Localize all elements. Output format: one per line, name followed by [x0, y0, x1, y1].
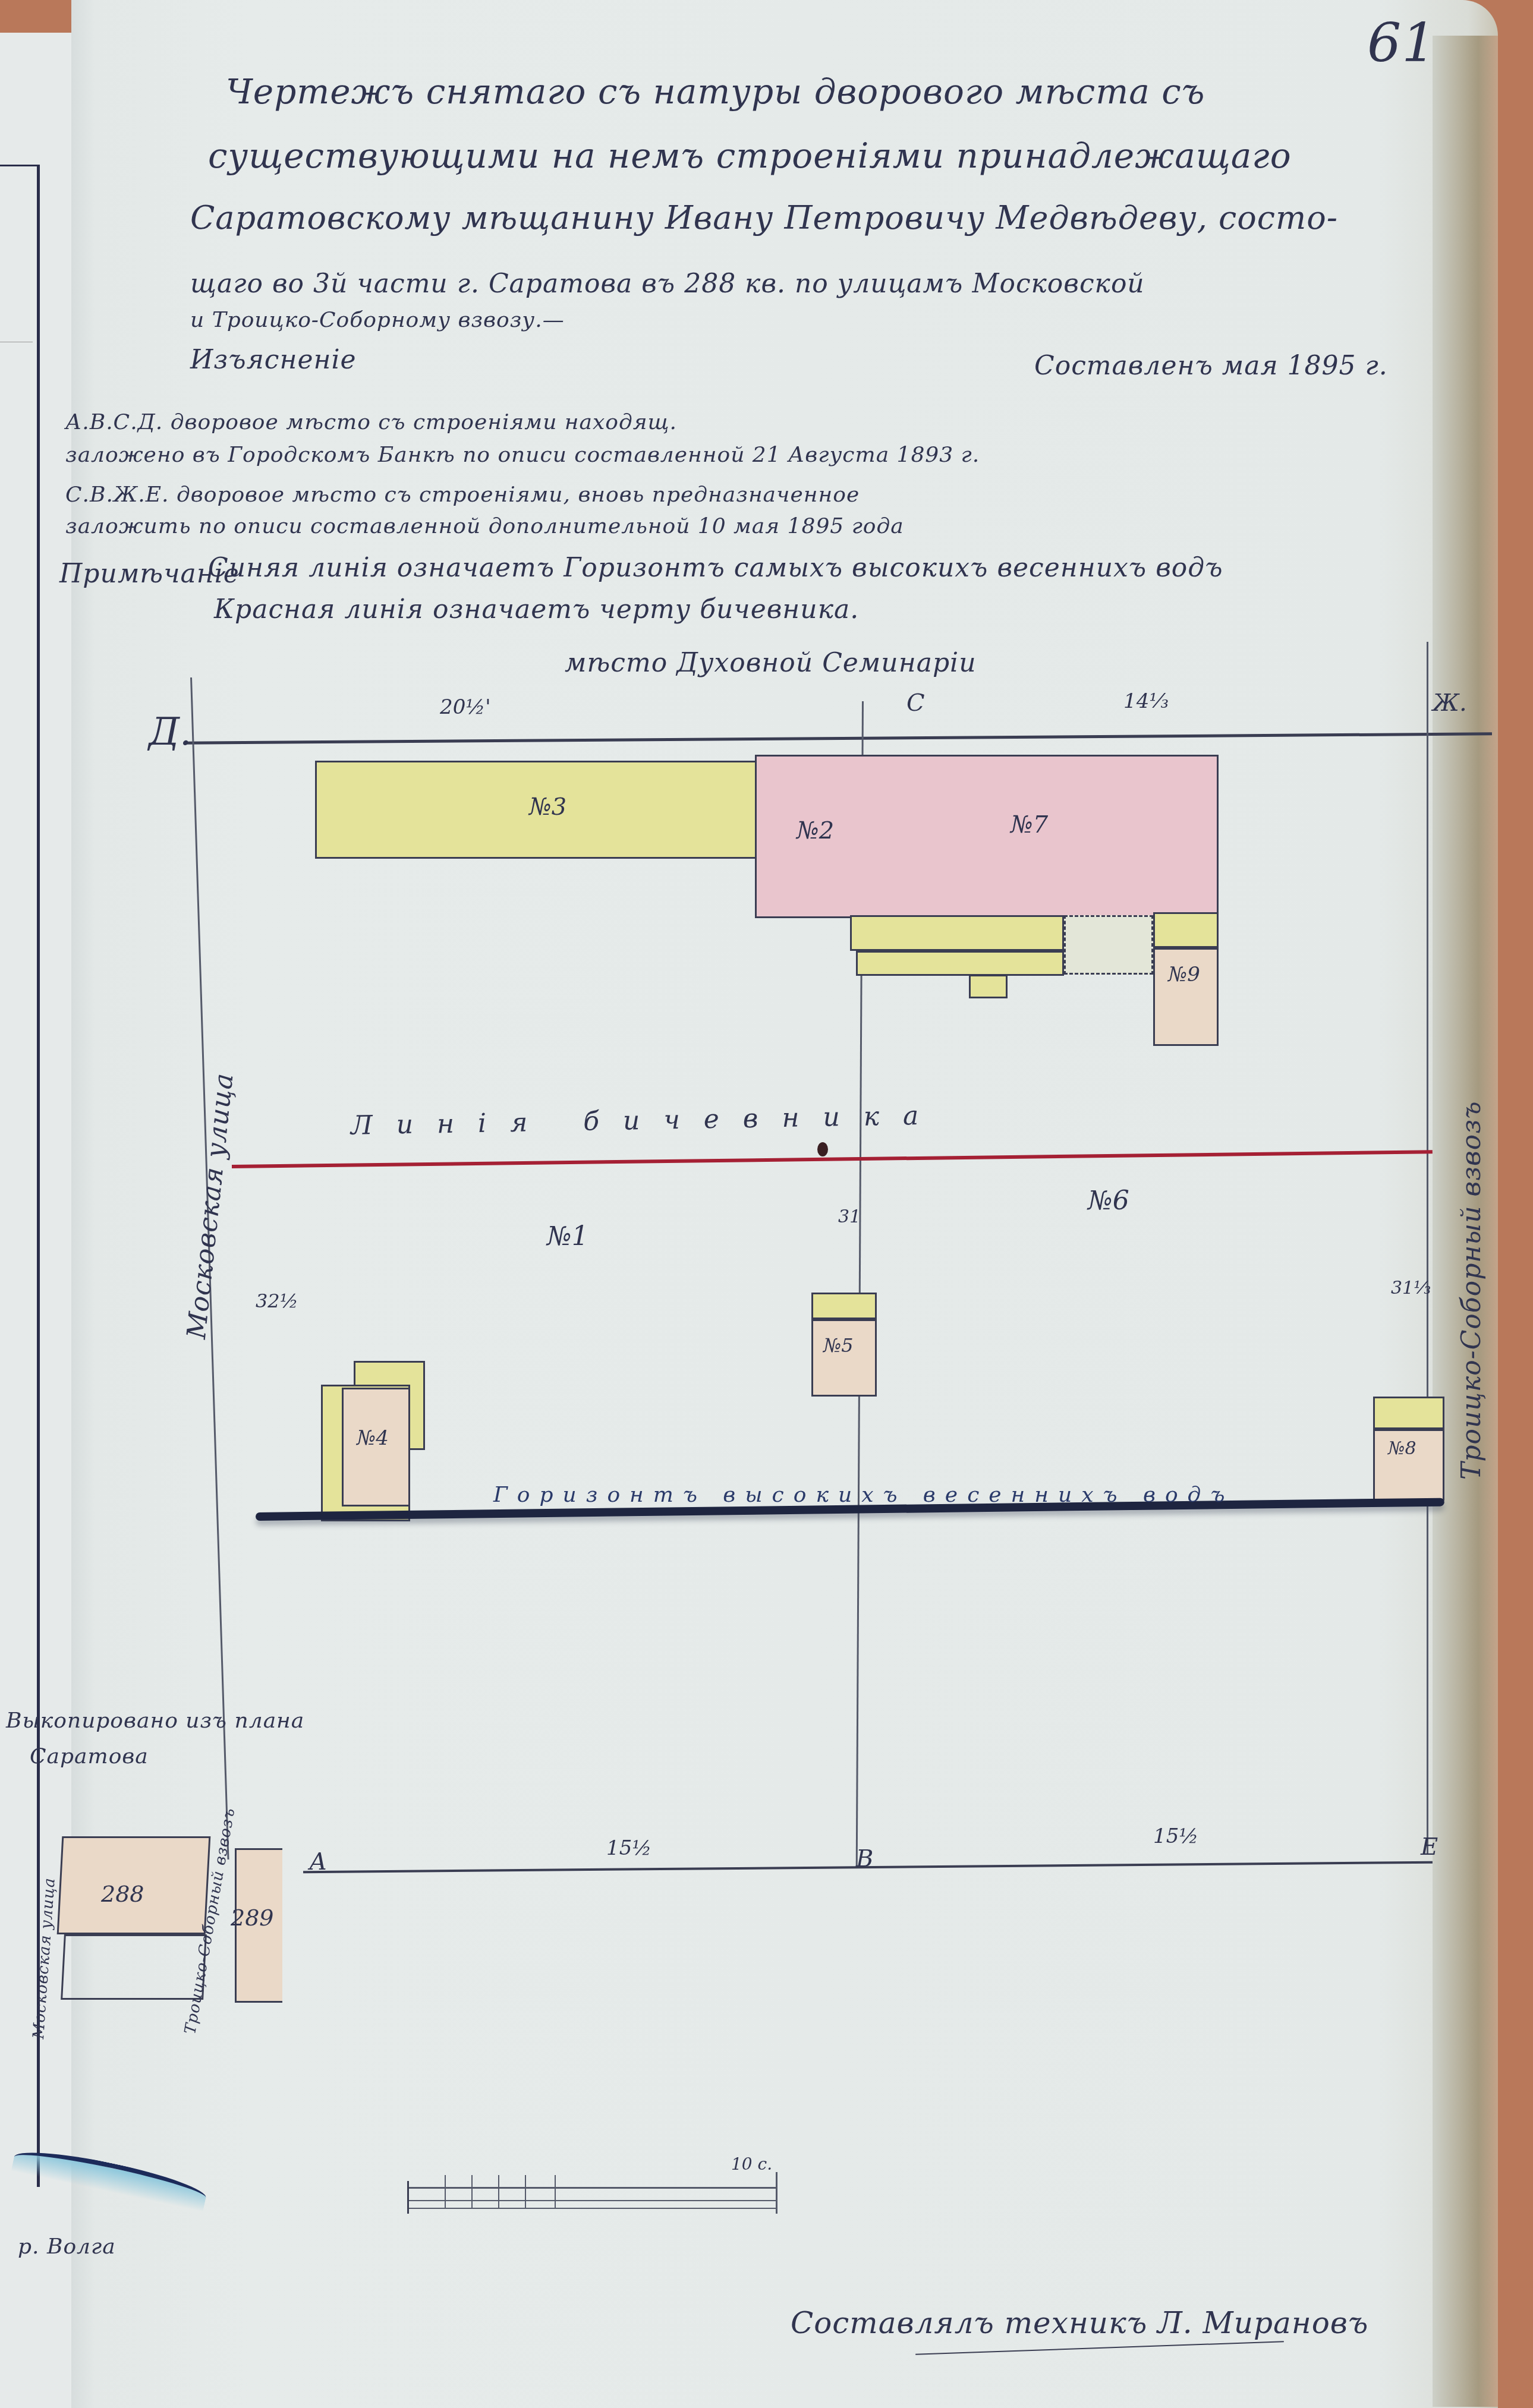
- building-5-annex: [811, 1293, 877, 1319]
- inset-lot-288-label: 288: [101, 1881, 144, 1907]
- dim-bottom-right: 15½: [1153, 1824, 1198, 1848]
- building-5-label: №5: [823, 1334, 854, 1357]
- dim-left-side: 32½: [256, 1290, 298, 1312]
- corner-e: Е: [1421, 1833, 1438, 1861]
- title-line-1: Чертежъ снятаго съ натуры дворового мѣст…: [226, 71, 1205, 112]
- adjacent-page: [0, 33, 75, 2408]
- corner-a: А: [309, 1848, 327, 1876]
- survey-point-marker: [817, 1142, 828, 1156]
- page-number: 61: [1367, 12, 1437, 74]
- inset-lot-289-label: 289: [231, 1905, 274, 1931]
- building-9-annex: [1153, 912, 1219, 948]
- lot-1-label: №1: [547, 1221, 588, 1252]
- flood-horizon-label: Горизонтъ высокихъ весеннихъ водъ: [493, 1483, 1234, 1507]
- corner-b: В: [856, 1845, 873, 1873]
- adjacent-page-frame: [0, 165, 40, 2187]
- annex-pale: [1064, 915, 1153, 975]
- towpath-label: Линія бичевника: [351, 1100, 943, 1140]
- inset-lot-288-lower: [61, 1934, 207, 2000]
- building-2-label: №2: [797, 817, 834, 844]
- boundary-top: [184, 732, 1492, 744]
- note-4: заложить по описи составленной дополните…: [65, 514, 904, 538]
- corner-zh: Ж.: [1433, 689, 1467, 717]
- signature-underline: [915, 2341, 1284, 2355]
- inset-river-label: р. Волга: [18, 2234, 116, 2259]
- dim-middle: 31: [838, 1206, 861, 1227]
- building-5: [811, 1319, 877, 1397]
- annex-yellow-3: [969, 975, 1008, 998]
- scale-bar: [407, 2181, 777, 2214]
- building-9-label: №9: [1168, 963, 1200, 986]
- dim-top-right: 14⅓: [1123, 689, 1169, 713]
- annex-yellow-1: [850, 915, 1064, 951]
- note-3: С.В.Ж.Е. дворовое мѣсто съ строеніями, в…: [65, 483, 860, 507]
- lot-6-label: №6: [1088, 1186, 1129, 1216]
- note-1: А.В.С.Д. дворовое мѣсто съ строеніями на…: [65, 410, 677, 434]
- dim-top-left: 20½': [440, 695, 491, 719]
- annex-yellow-2: [856, 951, 1064, 976]
- signature: Составлялъ техникъ Л. Мирановъ: [791, 2306, 1368, 2340]
- building-7-label: №7: [1011, 811, 1048, 839]
- adjacent-page-rule: [0, 342, 33, 342]
- right-street-label: Троицко-Соборный взвозъ: [1456, 1101, 1487, 1480]
- dim-right-side: 31⅓: [1391, 1278, 1431, 1298]
- dim-bottom-left: 15½: [606, 1836, 651, 1860]
- building-8-label: №8: [1388, 1438, 1416, 1459]
- title-line-2: существующими на немъ строеніями принадл…: [208, 135, 1292, 176]
- scale-end-label: 10 с.: [731, 2154, 772, 2174]
- remark-2: Красная линія означаетъ черту бичевника.: [214, 594, 859, 625]
- remark-1: Синяя линія означаетъ Горизонтъ самыхъ в…: [208, 553, 1223, 583]
- top-neighbor-label: мѣсто Духовной Семинаріи: [565, 648, 976, 678]
- title-line-5: и Троицко-Соборному взвозу.—: [190, 308, 565, 332]
- compiled-date: Составленъ мая 1895 г.: [1034, 351, 1388, 381]
- inset-title-1: Выкопировано изъ плана: [6, 1709, 304, 1733]
- title-line-4: щаго во 3й части г. Саратова въ 288 кв. …: [190, 269, 1145, 299]
- building-8-annex: [1373, 1397, 1444, 1429]
- towpath-red-line: [232, 1150, 1433, 1168]
- corner-c: С: [906, 689, 925, 717]
- note-2: заложено въ Городскомъ Банкѣ по описи со…: [65, 443, 980, 467]
- left-street-label: Московская улица: [181, 1071, 240, 1341]
- explanation-heading: Изъясненіе: [190, 345, 357, 375]
- inset-title-2: Саратова: [30, 1744, 149, 1769]
- corner-d: Д.: [149, 710, 191, 754]
- title-line-3: Саратовскому мѣщанину Ивану Петровичу Ме…: [190, 199, 1338, 237]
- building-4-label: №4: [357, 1426, 389, 1450]
- boundary-right: [1427, 642, 1428, 1854]
- document-page: 61 Чертежъ снятаго съ натуры дворового м…: [71, 0, 1498, 2408]
- building-3-label: №3: [529, 793, 566, 821]
